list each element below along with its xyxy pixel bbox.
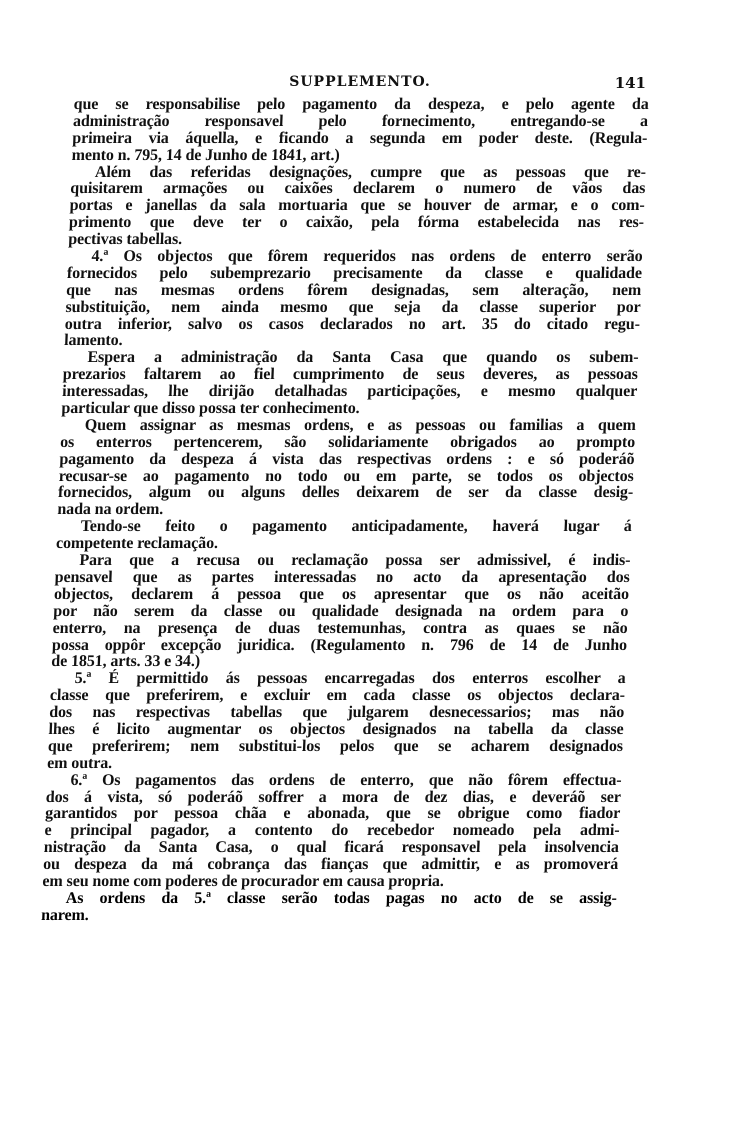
text-line: primento que deve ter o caixão, pela fór… bbox=[69, 215, 645, 232]
text-line: pectivas tabellas. bbox=[68, 232, 644, 249]
text-line: pagamento da despeza á vista das respect… bbox=[59, 452, 635, 469]
page-header: SUPPLEMENTO. 141 bbox=[74, 74, 646, 94]
text-line: em outra. bbox=[47, 756, 623, 773]
scanned-book-page: SUPPLEMENTO. 141 que se responsabilise p… bbox=[0, 0, 736, 1131]
text-line: que preferirem; nem substitui-los pelos … bbox=[48, 739, 624, 756]
text-line: que se responsabilise pelo pagamento da … bbox=[73, 97, 649, 114]
text-line: 5.ª É permittido ás pessoas encarregadas… bbox=[50, 671, 626, 688]
text-line: mento n. 795, 14 de Junho de 1841, art.) bbox=[71, 148, 647, 165]
text-line: nistração da Santa Casa, o qual ficará r… bbox=[43, 840, 619, 857]
text-line: prezarios faltarem ao fiel cumprimento d… bbox=[62, 367, 638, 384]
text-line: em seu nome com poderes de procurador em… bbox=[42, 874, 618, 891]
text-line: pensavel que as partes interessadas no a… bbox=[54, 570, 630, 587]
text-line: particular que disso possa ter conhecime… bbox=[61, 401, 637, 418]
text-line: classe que preferirem, e excluir em cada… bbox=[50, 688, 626, 705]
text-line: dos nas respectivas tabellas que julgare… bbox=[49, 705, 625, 722]
text-line: Quem assignar as mesmas ordens, e as pes… bbox=[60, 418, 636, 435]
text-line: e principal pagador, a contento do receb… bbox=[44, 823, 620, 840]
text-line: 6.ª Os pagamentos das ordens de enterro,… bbox=[46, 772, 622, 789]
text-line: objectos, declarem á pessoa que os apres… bbox=[54, 587, 630, 604]
text-line: Tendo-se feito o pagamento anticipadamen… bbox=[56, 519, 632, 536]
text-line: por não serem da classe ou qualidade des… bbox=[53, 604, 629, 621]
text-line: ou despeza da má cobrança das fianças qu… bbox=[43, 857, 619, 874]
text-line: enterro, na presença de duas testemunhas… bbox=[52, 620, 628, 637]
text-line: que nas mesmas ordens fôrem designadas, … bbox=[66, 283, 642, 300]
text-line: os enterros pertencerem, são solidariame… bbox=[60, 435, 636, 452]
text-line: Para que a recusa ou reclamação possa se… bbox=[55, 553, 631, 570]
text-line: As ordens da 5.ª classe serão todas paga… bbox=[41, 891, 617, 908]
text-line: interessadas, lhe dirijão detalhadas par… bbox=[62, 384, 638, 401]
text-line: outra inferior, salvo os casos declarado… bbox=[64, 316, 640, 333]
text-line: lhes é licito augmentar os objectos desi… bbox=[48, 722, 624, 739]
text-line: administração responsavel pelo fornecime… bbox=[73, 114, 649, 131]
text-line: competente reclamação. bbox=[56, 536, 632, 553]
text-line: fornecidos pelo subemprezario precisamen… bbox=[67, 266, 643, 283]
text-line: substituição, nem ainda mesmo que seja d… bbox=[65, 300, 641, 317]
running-title: SUPPLEMENTO. bbox=[74, 74, 646, 90]
text-line: 4.ª Os objectos que fôrem requeridos nas… bbox=[67, 249, 643, 266]
text-line: narem. bbox=[41, 908, 617, 925]
text-line: primeira via áquella, e ficando a segund… bbox=[72, 131, 648, 148]
page-number: 141 bbox=[615, 74, 646, 92]
body-text: que se responsabilise pelo pagamento da … bbox=[41, 97, 649, 925]
